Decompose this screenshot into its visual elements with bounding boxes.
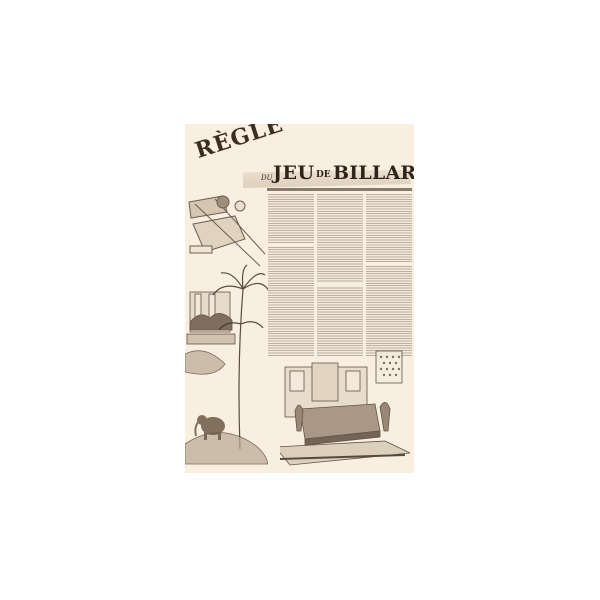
poster-title: RÈGLE DU JEU DE BILLARD	[185, 124, 414, 199]
rules-column-1	[268, 194, 314, 356]
billiard-rules-poster: RÈGLE DU JEU DE BILLARD	[185, 124, 414, 473]
title-regle: RÈGLE	[192, 124, 287, 164]
rules-text-columns	[268, 194, 412, 356]
rules-column-3	[366, 194, 412, 356]
title-billard: BILLARD	[333, 162, 414, 184]
rules-column-2	[317, 194, 363, 356]
title-jeu: JEU	[273, 162, 315, 184]
left-illustration	[185, 194, 268, 473]
billiard-room-illustration	[280, 349, 410, 467]
title-de: DE	[316, 170, 331, 180]
title-du: DU	[261, 174, 273, 182]
title-rule	[267, 188, 412, 191]
